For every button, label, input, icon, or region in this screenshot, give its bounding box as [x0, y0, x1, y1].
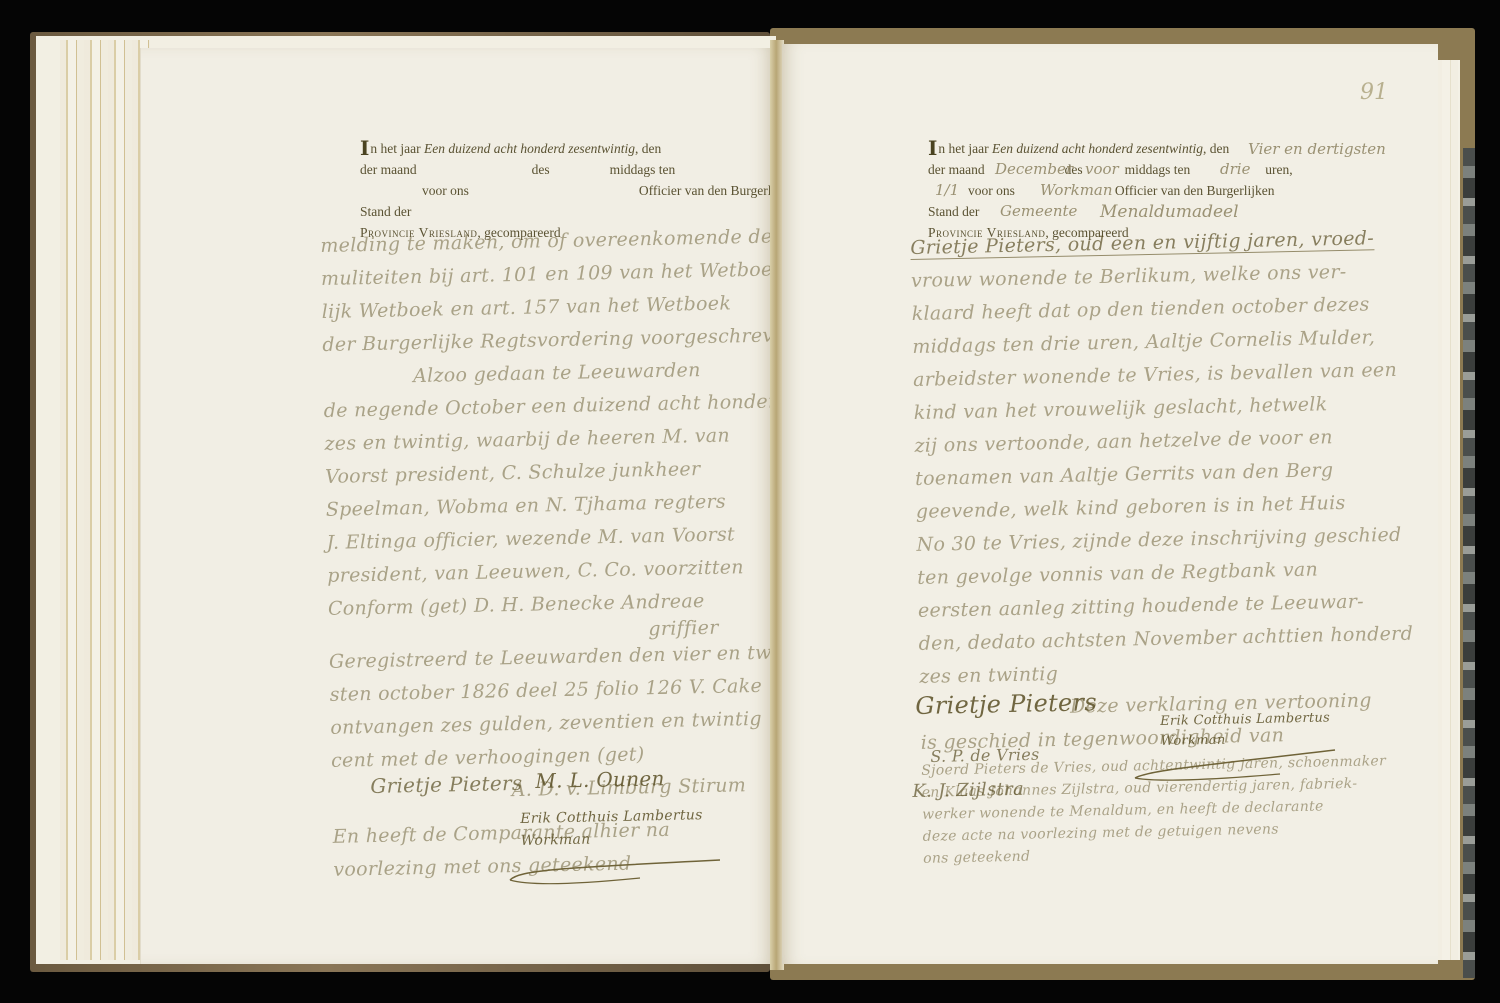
fill-stand-der: Gemeente — [1000, 202, 1077, 220]
signature-flourish-right — [1120, 740, 1350, 790]
marbled-edge — [1463, 148, 1475, 978]
name-grietje-pieters: Grietje Pieters, oud een en vijftig jare… — [910, 227, 1374, 260]
signature-comparant-left: Grietje Pieters — [370, 767, 523, 803]
signature-witness2: K. J. Zijlstra — [912, 773, 1024, 808]
form-line-1: In het jaar Een duizend acht honderd zes… — [928, 138, 1293, 159]
fill-hour: drie — [1220, 160, 1250, 178]
fill-municipality: Menaldumadeel — [1100, 202, 1239, 222]
page-edges-left — [60, 40, 150, 960]
fill-period: voor — [1085, 160, 1119, 178]
fill-date-day: Vier en dertigsten — [1248, 140, 1386, 158]
signature-flourish-left — [500, 840, 730, 890]
signature-witness-left: M. L. Ounen — [535, 762, 665, 798]
page-number: 91 — [1360, 80, 1388, 105]
fill-month: December — [995, 160, 1073, 178]
signature-comparant-right: Grietje Pieters — [915, 686, 1097, 723]
signature-witness1: S. P. de Vries — [930, 738, 1040, 773]
fill-officer-name: Workman — [1040, 181, 1113, 199]
fill-officer-prefix: 1/1 — [935, 181, 959, 199]
